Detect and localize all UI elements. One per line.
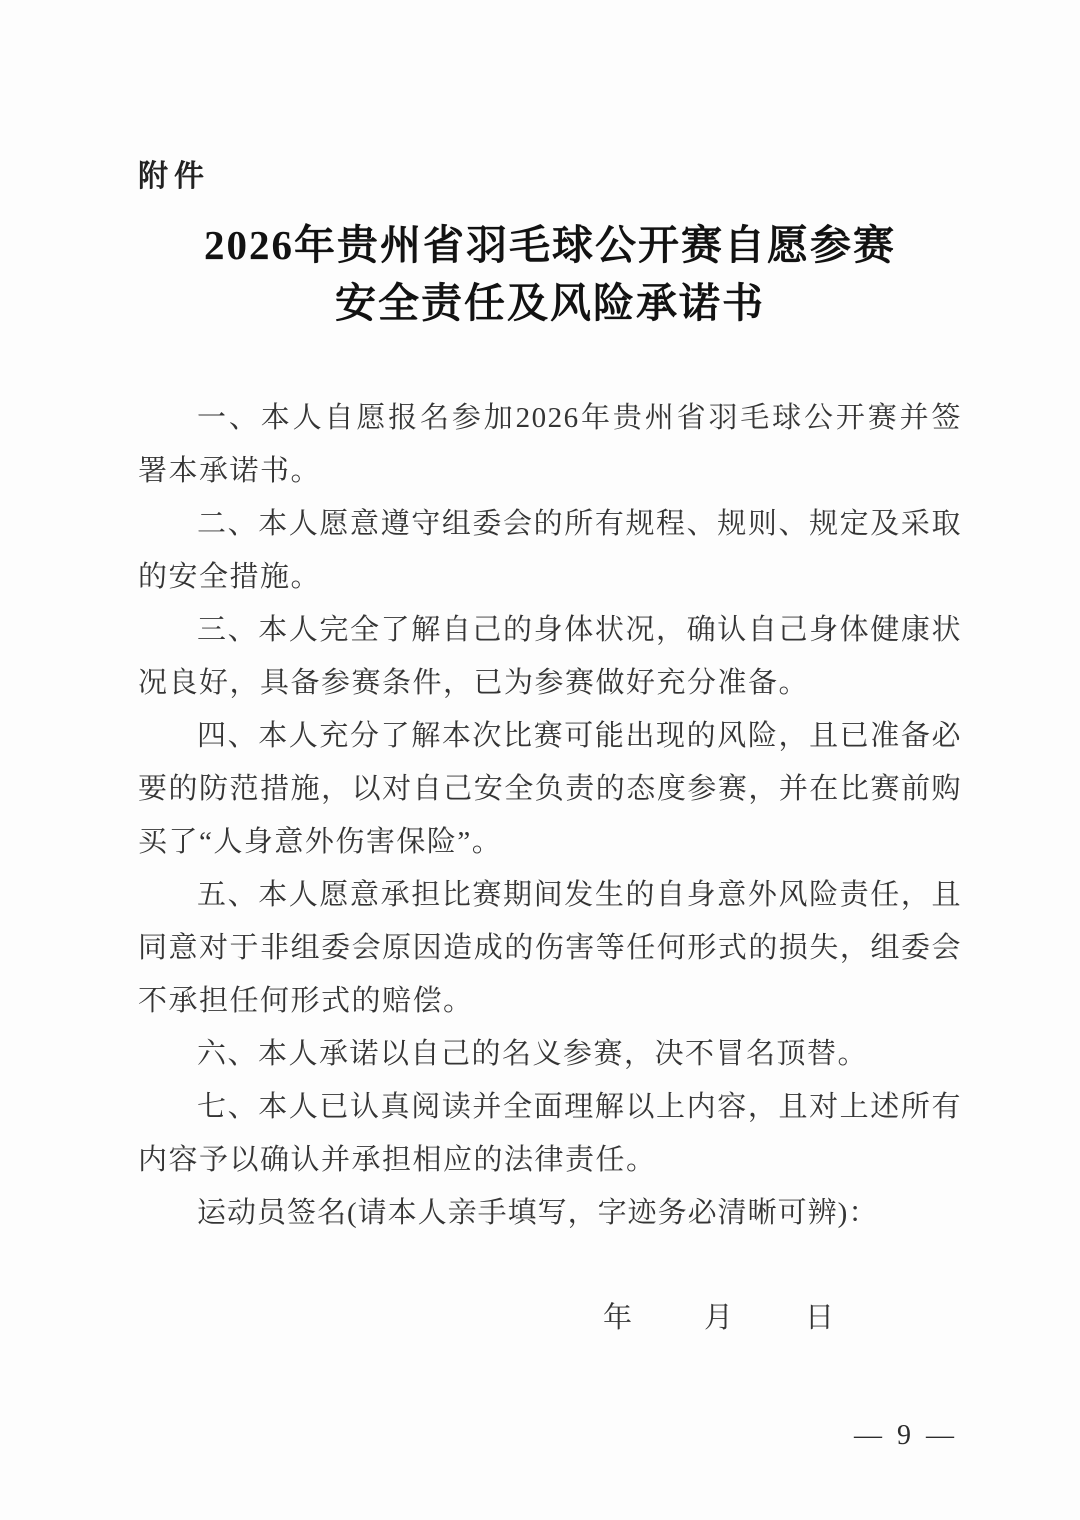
paragraph-2: 二、本人愿意遵守组委会的所有规程、规则、规定及采取的安全措施。	[138, 498, 962, 604]
date-line: 年 月 日	[138, 1292, 962, 1345]
document-title-line-1: 2026年贵州省羽毛球公开赛自愿参赛	[138, 216, 962, 274]
paragraph-7: 七、本人已认真阅读并全面理解以上内容，且对上述所有内容予以确认并承担相应的法律责…	[138, 1081, 962, 1187]
date-year-label: 年	[603, 1292, 632, 1345]
document-title: 2026年贵州省羽毛球公开赛自愿参赛 安全责任及风险承诺书	[138, 216, 962, 332]
attachment-label: 附件	[138, 162, 962, 192]
date-month-label: 月	[704, 1292, 733, 1345]
page-number: — 9 —	[854, 1420, 958, 1452]
athlete-signature-line: 运动员签名(请本人亲手填写，字迹务必清晰可辨)：	[138, 1187, 962, 1240]
paragraph-4: 四、本人充分了解本次比赛可能出现的风险，且已准备必要的防范措施，以对自己安全负责…	[138, 710, 962, 869]
document-title-line-2: 安全责任及风险承诺书	[138, 274, 962, 332]
date-day-label: 日	[805, 1292, 834, 1345]
paragraph-5: 五、本人愿意承担比赛期间发生的自身意外风险责任，且同意对于非组委会原因造成的伤害…	[138, 869, 962, 1028]
paragraph-6: 六、本人承诺以自己的名义参赛，决不冒名顶替。	[138, 1028, 962, 1081]
paragraph-3: 三、本人完全了解自己的身体状况，确认自己身体健康状况良好，具备参赛条件，已为参赛…	[138, 604, 962, 710]
document-body: 一、本人自愿报名参加2026年贵州省羽毛球公开赛并签署本承诺书。 二、本人愿意遵…	[138, 392, 962, 1240]
document-content: 附件 2026年贵州省羽毛球公开赛自愿参赛 安全责任及风险承诺书 一、本人自愿报…	[0, 0, 1080, 1345]
paragraph-1: 一、本人自愿报名参加2026年贵州省羽毛球公开赛并签署本承诺书。	[138, 392, 962, 498]
document-page: 附件 2026年贵州省羽毛球公开赛自愿参赛 安全责任及风险承诺书 一、本人自愿报…	[0, 0, 1080, 1520]
